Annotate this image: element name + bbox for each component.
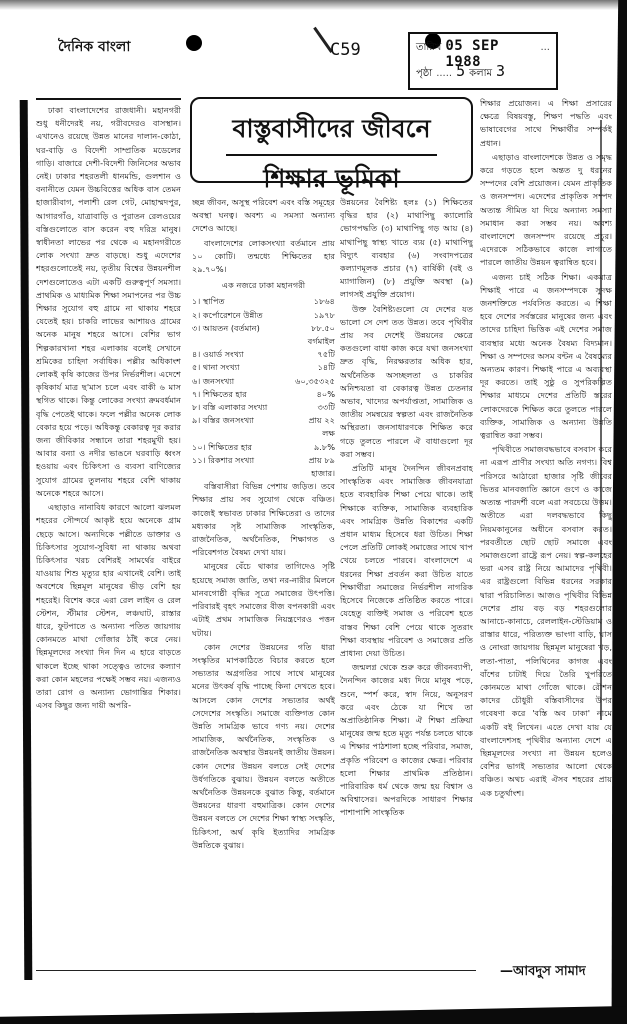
stamp-dots: ..... <box>436 68 452 79</box>
stats-value: ৭৫টি <box>318 348 335 361</box>
stats-label: ৪। ওয়ার্ড সংখ্যা <box>192 348 244 361</box>
stats-label: ১। স্থাপিত <box>192 295 225 308</box>
paragraph: বাংলাদেশের লোকসংখ্যা বর্তমানে প্রায় ১০ … <box>192 237 335 277</box>
stats-unit: বর্গমাইল <box>192 335 335 348</box>
stats-value: ৩৩টি <box>318 401 335 414</box>
stats-value: ১৮৬৪ <box>314 295 335 308</box>
stats-row: ২। কর্পোরেশনে উন্নীত১৯৭৮ <box>192 309 335 322</box>
stamp-column-label: কলাম <box>469 66 492 83</box>
stats-value: প্রায় ৮৯ <box>308 454 335 467</box>
article-column-4: শিক্ষার প্রয়োজন। এ শিক্ষা প্রসারের ক্ষে… <box>480 97 612 997</box>
stats-row: ৩। আয়তন (বর্তমান)৮৮.৫০ <box>192 322 335 335</box>
paragraph: উক্ত বৈশিষ্ট্যগুলো যে দেশের যত ভালো সে দ… <box>340 303 473 461</box>
clipping-left-border <box>20 100 33 980</box>
paragraph: জন্মলগ্ন থেকে শুরু করে জীবনব্যাপী, দৈনন্… <box>340 661 473 819</box>
stats-row: ৫। থানা সংখ্যা১৪টি <box>192 361 335 374</box>
stats-value: ৯.৮% <box>314 441 335 454</box>
paragraph: পৃথিবীতে সমাজবদ্ধভাবে বসবাস করে না এরূপ … <box>480 443 612 799</box>
stamp-page-value: 5 <box>456 62 465 80</box>
bottom-rule <box>36 970 476 971</box>
stats-row: ১০। শিক্ষিতের হার৯.৮% <box>192 441 335 454</box>
paragraph: শিক্ষার প্রয়োজন। এ শিক্ষা প্রসারের ক্ষে… <box>480 97 612 150</box>
stats-row: ১। স্থাপিত১৮৬৪ <box>192 295 335 308</box>
stamp-dots: ... <box>540 42 550 53</box>
stats-row: ৬। জনসংখ্যা৬০,৩৫৩২৫ <box>192 375 335 388</box>
reference-code: C59 <box>330 40 361 60</box>
stats-value: ১৪টি <box>318 361 335 374</box>
paragraph: উন্নয়নের বৈশিষ্ট্য হলঃ (১) শিক্ষিতের বৃ… <box>340 196 473 302</box>
stats-label: ৭। শিক্ষিতের হার <box>192 388 247 401</box>
stats-row: ১১। রিকশার সংখ্যাপ্রায় ৮৯ <box>192 454 335 467</box>
stats-label: ১১। রিকশার সংখ্যা <box>192 454 254 467</box>
article-column-3: উন্নয়নের বৈশিষ্ট্য হলঃ (১) শিক্ষিতের বৃ… <box>340 196 473 966</box>
stats-list: ১। স্থাপিত১৮৬৪ ২। কর্পোরেশনে উন্নীত১৯৭৮ … <box>192 295 335 480</box>
paragraph: এজন্য চাই সঠিক শিক্ষা। একমাত্র শিক্ষাই প… <box>480 271 612 443</box>
stats-unit: হাজার। <box>192 467 335 480</box>
headline-line-1: বাস্তুবাসীদের জীবনে <box>226 109 436 156</box>
margin-stroke <box>600 120 602 720</box>
stamp-date-label: তারিখ <box>416 40 441 57</box>
paragraph: ঢাকা বাংলাদেশের রাজধানী। মহানগরী শুধু ধন… <box>36 104 181 500</box>
stats-label: ১০। শিক্ষিতের হার <box>192 441 252 454</box>
article-column-1: ঢাকা বাংলাদেশের রাজধানী। মহানগরী শুধু ধন… <box>36 98 181 968</box>
paragraph: এছাড়াও বাংলাদেশকে উন্নত ও সমৃদ্ধ করে গড… <box>480 151 612 270</box>
stats-label: ৯। বস্তির জনসংখ্যা <box>192 414 254 427</box>
stats-value: ১৯৭৮ <box>314 309 335 322</box>
stats-label: ৮। বস্তি এলাকার সংখ্যা <box>192 401 267 414</box>
article-column-2: চ্ছন্ন জীবন, অসুস্থ পরিবেশ এবং বস্তি সমূ… <box>192 196 335 966</box>
paragraph: প্রতিটি মানুষ দৈনন্দিন জীবনপ্রবাহ সাংস্ক… <box>340 462 473 660</box>
headline-box: বাস্তুবাসীদের জীবনে শিক্ষার ভূমিকা <box>190 97 473 183</box>
stats-row: ৯। বস্তির জনসংখ্যাপ্রায় ২২ <box>192 414 335 427</box>
stats-label: ২। কর্পোরেশনে উন্নীত <box>192 309 263 322</box>
paragraph: কোন দেশের উন্নয়নের গতি ধারা সংস্কৃতির ম… <box>192 641 335 852</box>
paragraph: বস্তিবাসীরা বিভিন্ন পেশায় জড়িত। তবে শি… <box>192 480 335 559</box>
newspaper-masthead: দৈনিক বাংলা <box>58 35 130 59</box>
stamp-date-row: তারিখ 05 SEP 1988 ... <box>416 38 550 62</box>
stats-label: ৬। জনসংখ্যা <box>192 375 234 388</box>
scan-edge-bottom <box>0 1006 627 1024</box>
stamp-page-label: পৃষ্ঠা <box>416 66 432 83</box>
stats-title: এক নজরে ঢাকা মহানগরী <box>192 279 335 292</box>
paragraph: এছাড়াও নানাবিধ কারণে আলো ঝলমল শহরের সৌন… <box>36 501 181 712</box>
stats-unit: লক্ষ <box>192 427 335 440</box>
stats-row: ৮। বস্তি এলাকার সংখ্যা৩৩টি <box>192 401 335 414</box>
stats-row: ৭। শিক্ষিতের হার৪০% <box>192 388 335 401</box>
stats-value: প্রায় ২২ <box>308 414 335 427</box>
punch-hole-icon <box>186 35 202 51</box>
paragraph: মানুষের বেঁচে থাকার তাগিদেও সৃষ্টি হয়েছ… <box>192 560 335 639</box>
paragraph: চ্ছন্ন জীবন, অসুস্থ পরিবেশ এবং বস্তি সমূ… <box>192 196 335 236</box>
stats-value: ৪০% <box>317 388 335 401</box>
stats-label: ৫। থানা সংখ্যা <box>192 361 239 374</box>
date-stamp: তারিখ 05 SEP 1988 ... পৃষ্ঠা ..... 5 কলা… <box>408 32 558 90</box>
scan-edge-top <box>0 0 627 10</box>
stats-row: ৪। ওয়ার্ড সংখ্যা৭৫টি <box>192 348 335 361</box>
stamp-column-value: 3 <box>496 62 505 80</box>
stats-label: ৩। আয়তন (বর্তমান) <box>192 322 260 335</box>
author-byline: —আবদুস সামাদ <box>500 962 586 983</box>
stats-value: ৮৮.৫০ <box>311 322 335 335</box>
stats-value: ৬০,৩৫৩২৫ <box>295 375 335 388</box>
